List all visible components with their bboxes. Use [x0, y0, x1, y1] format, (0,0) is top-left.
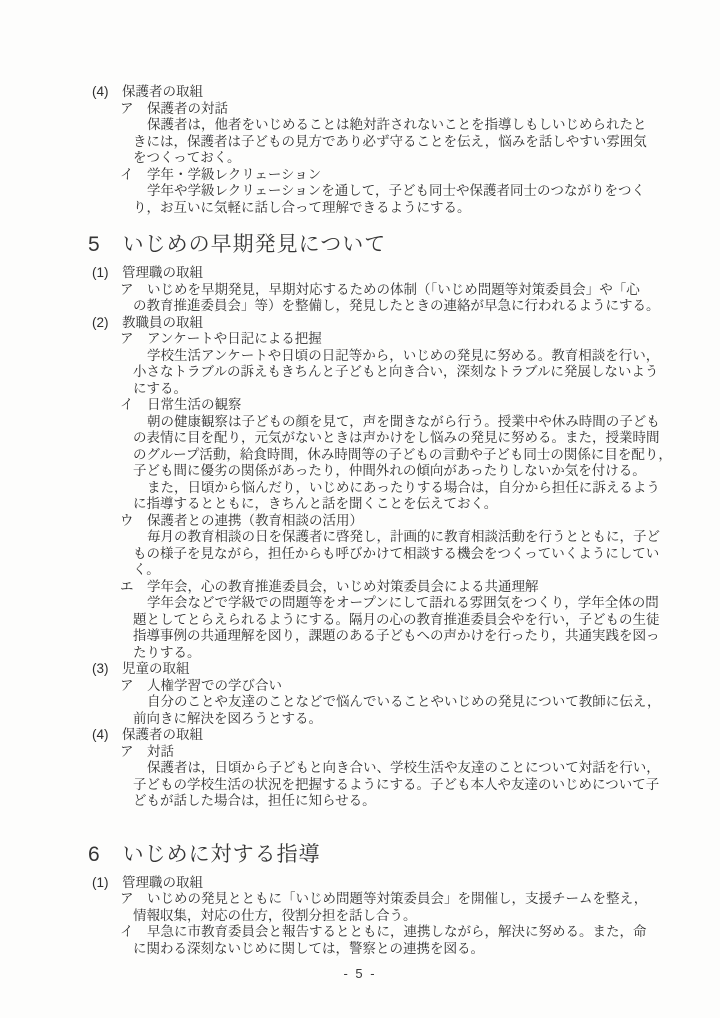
section6-item-1-sub-i: イ 早急に市教育委員会と報告するとともに，連携しながら，解決に努める。また，命 …: [133, 924, 700, 957]
section5-item-2-sub-i-title: イ 日常生活の観察: [133, 397, 700, 414]
section5-item-2-sub-e-para: 学年会などで学級での問題等をオープンにして語れる雰囲気をつくり，学年全体の問 題…: [133, 595, 700, 661]
section6-heading: 6 いじめに対する指導: [88, 841, 700, 868]
section5-item-2-sub-i-para-1: 朝の健康観察は子どもの顔を見て，声を聞きながら行う。授業中や休み時間の子ども の…: [133, 414, 700, 480]
section5-item-3-sub-a-title: ア 人権学習での学び合い: [133, 678, 700, 695]
section5-item-2: (2) 教職員の取組: [92, 315, 700, 332]
section5-item-2-sub-u-title: ウ 保護者との連携（教育相談の活用）: [133, 513, 700, 530]
section5-item-4-sub-a-para: 保護者は，日頃から子どもと向き合い、学校生活や友達のことについて対話を行い， 子…: [133, 760, 700, 810]
section4-sub-a-title: ア 保護者の対話: [133, 101, 700, 118]
section5-item-1-sub-a: ア いじめを早期発見，早期対応するための体制（「いじめ問題等対策委員会」や「心 …: [133, 282, 700, 315]
section5-item-2-sub-i-para-2: また，日頃から悩んだり，いじめにあったりする場合は，自分から担任に訴えるよう に…: [133, 480, 700, 513]
section5-item-2-sub-e-title: エ 学年会，心の教育推進委員会，いじめ対策委員会による共通理解: [133, 579, 700, 596]
section5-item-1: (1) 管理職の取組: [92, 265, 700, 282]
document-body: (4) 保護者の取組 ア 保護者の対話 保護者は，他者をいじめることは絶対許され…: [0, 84, 700, 957]
section5-item-2-sub-u-para: 毎月の教育相談の日を保護者に啓発し，計画的に教育相談活動を行うとともに，子ど も…: [133, 529, 700, 579]
section4-item: (4) 保護者の取組: [92, 84, 700, 101]
section4-sub-i-paragraph: 学年や学級レクリェーションを通して，子ども同士や保護者同士のつながりをつく り，…: [133, 183, 700, 216]
section6-item-1: (1) 管理職の取組: [92, 875, 700, 892]
section5-item-2-sub-a-title: ア アンケートや日記による把握: [133, 331, 700, 348]
section5-item-4: (4) 保護者の取組: [92, 727, 700, 744]
document-page: (4) 保護者の取組 ア 保護者の対話 保護者は，他者をいじめることは絶対許され…: [0, 0, 720, 1018]
section5-item-4-sub-a-title: ア 対話: [133, 744, 700, 761]
section5-item-3-sub-a-para: 自分のことや友達のことなどで悩んでいることやいじめの発見について教師に伝え， 前…: [133, 694, 700, 727]
section5-item-2-sub-a-para: 学校生活アンケートや日頃の日記等から，いじめの発見に努める。教育相談を行い， 小…: [133, 348, 700, 398]
section4-sub-a-paragraph: 保護者は，他者をいじめることは絶対許されないことを指導しもしいじめられたと きに…: [133, 117, 700, 167]
section5-heading: 5 いじめの早期発見について: [88, 231, 700, 258]
section4-sub-i-title: イ 学年・学級レクリェーション: [133, 167, 700, 184]
section6-item-1-sub-a: ア いじめの発見とともに「いじめ問題等対策委員会」を開催し，支援チームを整え， …: [133, 891, 700, 924]
section5-item-3: (3) 児童の取組: [92, 661, 700, 678]
page-number: - 5 -: [0, 966, 720, 981]
